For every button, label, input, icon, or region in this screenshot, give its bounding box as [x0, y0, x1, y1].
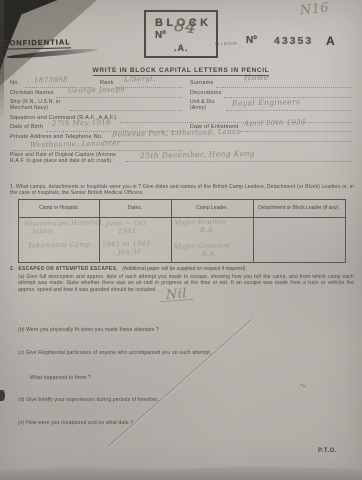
field-rank-line	[116, 87, 182, 88]
field-surname-value: Howe	[244, 74, 269, 82]
section-2-heading: 2. ESCAPES OR ATTEMPTED ESCAPES. (Additi…	[10, 266, 354, 272]
scanned-pow-questionnaire-page: CONFIDENTIAL BLOCK Nº .A. 84 M.I.9/JAP. …	[0, 0, 362, 480]
section-2-title: ESCAPES OR ATTEMPTED ESCAPES.	[18, 266, 118, 272]
paper-crease	[108, 319, 252, 447]
field-christian-names-label: Christian Names	[10, 90, 54, 96]
camp-entry-1-dates-line2: 1942	[118, 228, 136, 236]
instruction-text: WRITE IN BLOCK CAPITAL LETTERS IN PENCIL	[93, 67, 270, 76]
field-ship-line	[70, 110, 182, 111]
field-enlistment-value: April 20th 1936	[244, 119, 306, 128]
question-2a-answer-nil: Nil	[160, 290, 193, 302]
camp-entry-1-name-line2: Japan	[32, 228, 53, 236]
field-dob-value: 27th May 1918	[52, 119, 111, 128]
field-christian-names-line	[56, 97, 182, 98]
field-surname-label: Surname	[190, 80, 214, 86]
confidential-marking: CONFIDENTIAL	[3, 37, 71, 49]
field-capture-label: Place and Date of Original Capture (Airc…	[10, 153, 122, 165]
camp-entry-2-name: Takamatsu Camp	[28, 241, 91, 250]
field-dob-label: Date of Birth	[10, 124, 43, 130]
field-capture-value: 25th December, Hong Kong	[140, 150, 255, 160]
camp-entry-1-leader-line2: R.A.	[200, 227, 215, 235]
pencil-note-top-right: N16	[300, 4, 330, 15]
section-2-note: (Additional paper will be supplied on re…	[122, 266, 247, 272]
field-address-value2: Westbourne, Lancaster	[30, 140, 121, 149]
field-unit-label: Unit & Div. (Army)	[190, 100, 222, 112]
field-squadron-line	[120, 122, 352, 123]
field-address-line1	[104, 141, 352, 142]
field-enlistment-line	[240, 131, 352, 132]
serial-number: 43353	[274, 35, 313, 47]
serial-suffix-letter: A	[326, 34, 335, 48]
field-surname-line	[216, 87, 352, 88]
section-2-number: 2.	[10, 266, 14, 272]
table-header-camp: Camp or Hospital.	[19, 200, 99, 217]
field-no-value: 1873898	[34, 77, 68, 85]
field-decorations-label: Decorations	[190, 90, 222, 96]
field-address-value1: Bellevue Park, Litherland, Lancs	[112, 129, 241, 139]
serial-no-label: Nº	[246, 35, 257, 46]
field-no-label: No.	[10, 80, 19, 86]
pencil-tick-mark	[300, 384, 306, 388]
pto-footer: P.T.O.	[318, 448, 337, 454]
field-christian-names-value: George Joseph	[68, 86, 125, 95]
camp-entry-2-leader-line2: R.A.	[202, 251, 217, 259]
block-number-handwritten: 84	[174, 22, 197, 33]
block-number-stamp: BLOCK Nº .A. 84	[144, 10, 218, 58]
instruction-banner: WRITE IN BLOCK CAPITAL LETTERS IN PENCIL	[0, 59, 362, 77]
question-2c-text: (c) Give Regimental particulars of anyon…	[18, 350, 338, 356]
field-ship-label: Ship (R.N., U.S.N. or Merchant Navy)	[10, 100, 66, 112]
block-stamp-no-label: Nº	[155, 30, 166, 41]
left-edge-nick	[0, 390, 5, 401]
field-rank-value: L/Sergt.	[124, 76, 156, 84]
table-header-dates: Dates.	[99, 200, 171, 217]
block-stamp-suffix: .A.	[174, 43, 189, 53]
bottom-scan-edge	[0, 465, 362, 480]
table-header-detachment: Detachment or Block Leader (if any).	[253, 200, 345, 217]
question-2c-sub-text: What happened to them ?	[30, 375, 230, 381]
form-reference-text: M.I.9/JAP.	[215, 41, 238, 46]
question-2e-text: (e) How were you recaptured and on what …	[18, 420, 318, 426]
question-2d-text: (d) Give briefly your experiences during…	[18, 397, 318, 403]
table-header-leader: Camp Leader.	[171, 200, 253, 217]
field-unit-value: Royal Engineers	[232, 98, 300, 107]
camp-entry-2-dates-line2: Jan 30	[118, 249, 142, 257]
question-1-text: 1. What camps, detachments or hospitals …	[10, 184, 354, 197]
field-capture-line	[126, 161, 352, 162]
camps-table: Camp or Hospital. Dates. Camp Leader. De…	[18, 199, 346, 263]
field-unit-line	[226, 110, 352, 111]
question-2b-text: (b) Were you physically fit when you mad…	[18, 327, 318, 333]
